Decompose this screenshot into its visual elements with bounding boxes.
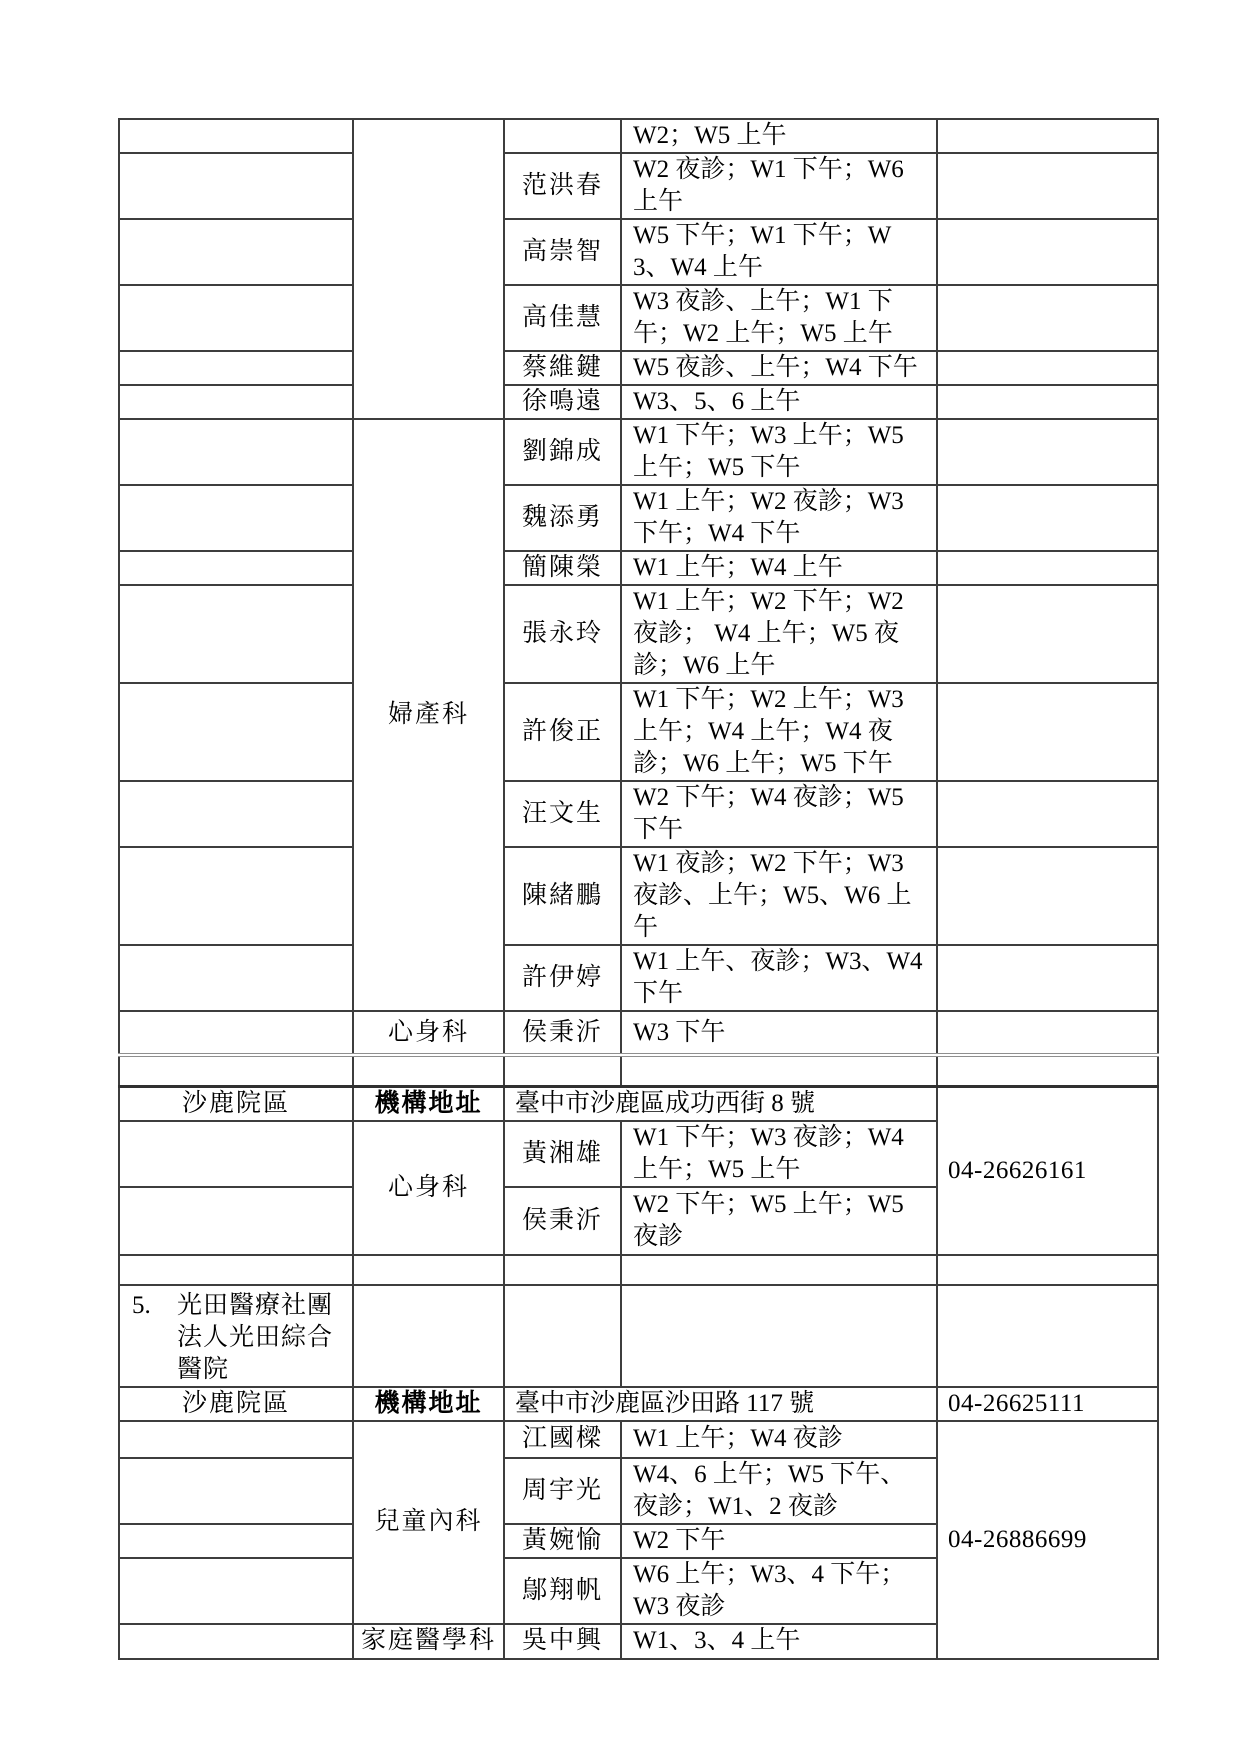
empty-cell (621, 1255, 937, 1285)
empty-cell (119, 419, 353, 485)
department-cell (353, 119, 504, 419)
table-row: 簡陳榮 W1 上午；W4 上午 (119, 551, 1158, 585)
phone-cell (937, 945, 1158, 1011)
schedule-cell: W3 夜診、上午；W1 下午；W2 上午；W5 上午 (621, 285, 937, 351)
empty-cell (504, 1285, 621, 1387)
phone-cell (937, 351, 1158, 385)
empty-cell (119, 153, 353, 219)
doctor-name-cell: 侯秉沂 (504, 1187, 621, 1255)
separator-row (119, 1255, 1158, 1285)
doctor-name-cell: 黃湘雄 (504, 1121, 621, 1187)
schedule-cell: W2 下午 (621, 1524, 937, 1558)
table-row: 徐鳴遠 W3、5、6 上午 (119, 385, 1158, 419)
department-cell: 家庭醫學科 (353, 1624, 504, 1659)
empty-cell (353, 1285, 504, 1387)
schedule-cell: W1 上午、夜診；W3、W4 下午 (621, 945, 937, 1011)
empty-cell (119, 945, 353, 1011)
table-row: 許伊婷 W1 上午、夜診；W3、W4 下午 (119, 945, 1158, 1011)
empty-cell (937, 1255, 1158, 1285)
empty-cell (504, 1055, 621, 1086)
doctor-name-cell: 劉錦成 (504, 419, 621, 485)
doctor-name-cell: 魏添勇 (504, 485, 621, 551)
table-row: 心身科 侯秉沂 W3 下午 (119, 1011, 1158, 1055)
empty-cell (119, 1011, 353, 1055)
document-page: W2；W5 上午 范洪春 W2 夜診；W1 下午；W6 上午 高崇智 W5 下午… (0, 0, 1241, 1755)
phone-cell (937, 385, 1158, 419)
schedule-cell: W3、5、6 上午 (621, 385, 937, 419)
empty-cell (119, 219, 353, 285)
phone-cell (937, 153, 1158, 219)
hospital-name-cell: 5. 光田醫療社團法人光田綜合醫院 (119, 1285, 353, 1387)
schedule-cell: W1 下午；W2 上午；W3 上午；W4 上午；W4 夜診；W6 上午；W5 下… (621, 683, 937, 781)
doctor-name-cell: 許伊婷 (504, 945, 621, 1011)
empty-cell (119, 1558, 353, 1624)
table-row: 兒童內科 江國樑 W1 上午；W4 夜診 04-26886699 (119, 1421, 1158, 1458)
empty-cell (119, 351, 353, 385)
doctor-name-cell: 許俊正 (504, 683, 621, 781)
empty-cell (353, 1255, 504, 1285)
table-row: 魏添勇 W1 上午；W2 夜診；W3 下午；W4 下午 (119, 485, 1158, 551)
doctor-name-cell: 張永玲 (504, 585, 621, 683)
doctor-name-cell: 江國樑 (504, 1421, 621, 1458)
schedule-cell: W5 夜診、上午；W4 下午 (621, 351, 937, 385)
doctor-name-cell: 鄔翔帆 (504, 1558, 621, 1624)
table-row: 汪文生 W2 下午；W4 夜診；W5 下午 (119, 781, 1158, 847)
phone-cell (937, 485, 1158, 551)
table-row: 婦產科 劉錦成 W1 下午；W3 上午；W5 上午；W5 下午 (119, 419, 1158, 485)
empty-cell (119, 485, 353, 551)
doctor-name-cell: 徐鳴遠 (504, 385, 621, 419)
hospital-name: 光田醫療社團法人光田綜合醫院 (177, 1290, 333, 1386)
schedule-cell: W1、3、4 上午 (621, 1624, 937, 1659)
empty-cell (621, 1285, 937, 1387)
schedule-cell: W2；W5 上午 (621, 119, 937, 153)
clinic-schedule-table: W2；W5 上午 范洪春 W2 夜診；W1 下午；W6 上午 高崇智 W5 下午… (118, 118, 1159, 1660)
doctor-name-cell (504, 119, 621, 153)
doctor-name-cell: 周宇光 (504, 1458, 621, 1524)
schedule-cell: W1 夜診；W2 下午；W3 夜診、上午；W5、W6 上午 (621, 847, 937, 945)
empty-cell (119, 285, 353, 351)
table-row: 范洪春 W2 夜診；W1 下午；W6 上午 (119, 153, 1158, 219)
phone-cell: 04-26625111 (937, 1387, 1158, 1421)
address-cell: 臺中市沙鹿區沙田路 117 號 (504, 1387, 937, 1421)
phone-cell (937, 551, 1158, 585)
empty-cell (119, 385, 353, 419)
doctor-name-cell: 黃婉愉 (504, 1524, 621, 1558)
campus-cell: 沙鹿院區 (119, 1387, 353, 1421)
department-cell: 兒童內科 (353, 1421, 504, 1624)
address-cell: 臺中市沙鹿區成功西街 8 號 (504, 1086, 937, 1121)
department-cell: 心身科 (353, 1011, 504, 1055)
doctor-name-cell: 高佳慧 (504, 285, 621, 351)
empty-cell (119, 1421, 353, 1458)
campus-cell: 沙鹿院區 (119, 1086, 353, 1121)
phone-cell (937, 419, 1158, 485)
empty-cell (119, 1458, 353, 1524)
empty-cell (504, 1255, 621, 1285)
doctor-name-cell: 侯秉沂 (504, 1011, 621, 1055)
table-row: 沙鹿院區 機構地址 臺中市沙鹿區成功西街 8 號 04-26626161 (119, 1086, 1158, 1121)
schedule-cell: W2 夜診；W1 下午；W6 上午 (621, 153, 937, 219)
phone-cell (937, 847, 1158, 945)
empty-cell (119, 1524, 353, 1558)
schedule-cell: W1 上午；W4 夜診 (621, 1421, 937, 1458)
table-row: 沙鹿院區 機構地址 臺中市沙鹿區沙田路 117 號 04-26625111 (119, 1387, 1158, 1421)
phone-cell (937, 781, 1158, 847)
schedule-cell: W2 下午；W4 夜診；W5 下午 (621, 781, 937, 847)
table-row: 許俊正 W1 下午；W2 上午；W3 上午；W4 上午；W4 夜診；W6 上午；… (119, 683, 1158, 781)
table-row: 蔡維鍵 W5 夜診、上午；W4 下午 (119, 351, 1158, 385)
doctor-name-cell: 簡陳榮 (504, 551, 621, 585)
empty-cell (119, 119, 353, 153)
address-label: 機構地址 (353, 1387, 504, 1421)
schedule-cell: W4、6 上午；W5 下午、夜診；W1、2 夜診 (621, 1458, 937, 1524)
schedule-cell: W5 下午；W1 下午；W3、W4 上午 (621, 219, 937, 285)
empty-cell (119, 585, 353, 683)
phone-cell (937, 585, 1158, 683)
empty-cell (119, 1255, 353, 1285)
table-row: 張永玲 W1 上午；W2 下午；W2 夜診； W4 上午；W5 夜診；W6 上午 (119, 585, 1158, 683)
doctor-name-cell: 蔡維鍵 (504, 351, 621, 385)
department-cell: 婦產科 (353, 419, 504, 1011)
empty-cell (937, 1055, 1158, 1086)
doctor-name-cell: 陳緒鵬 (504, 847, 621, 945)
schedule-cell: W6 上午；W3、4 下午；W3 夜診 (621, 1558, 937, 1624)
empty-cell (353, 1055, 504, 1086)
empty-cell (119, 847, 353, 945)
separator-row (119, 1055, 1158, 1086)
phone-cell: 04-26886699 (937, 1421, 1158, 1659)
phone-cell (937, 119, 1158, 153)
empty-cell (119, 781, 353, 847)
table-row: 高佳慧 W3 夜診、上午；W1 下午；W2 上午；W5 上午 (119, 285, 1158, 351)
schedule-cell: W1 上午；W2 下午；W2 夜診； W4 上午；W5 夜診；W6 上午 (621, 585, 937, 683)
hospital-number: 5. (132, 1290, 177, 1386)
doctor-name-cell: 汪文生 (504, 781, 621, 847)
table-row: 陳緒鵬 W1 夜診；W2 下午；W3 夜診、上午；W5、W6 上午 (119, 847, 1158, 945)
empty-cell (119, 683, 353, 781)
schedule-cell: W1 上午；W2 夜診；W3 下午；W4 下午 (621, 485, 937, 551)
schedule-cell: W3 下午 (621, 1011, 937, 1055)
doctor-name-cell: 高崇智 (504, 219, 621, 285)
empty-cell (119, 551, 353, 585)
schedule-cell: W1 下午；W3 夜診；W4 上午；W5 上午 (621, 1121, 937, 1187)
table-row: 高崇智 W5 下午；W1 下午；W3、W4 上午 (119, 219, 1158, 285)
empty-cell (119, 1624, 353, 1659)
schedule-cell: W2 下午；W5 上午；W5 夜診 (621, 1187, 937, 1255)
schedule-cell: W1 下午；W3 上午；W5 上午；W5 下午 (621, 419, 937, 485)
phone-cell (937, 1011, 1158, 1055)
table-row: W2；W5 上午 (119, 119, 1158, 153)
empty-cell (621, 1055, 937, 1086)
empty-cell (119, 1187, 353, 1255)
empty-cell (119, 1121, 353, 1187)
empty-cell (119, 1055, 353, 1086)
hospital-header-row: 5. 光田醫療社團法人光田綜合醫院 (119, 1285, 1158, 1387)
phone-cell: 04-26626161 (937, 1086, 1158, 1255)
schedule-cell: W1 上午；W4 上午 (621, 551, 937, 585)
doctor-name-cell: 吳中興 (504, 1624, 621, 1659)
address-label: 機構地址 (353, 1086, 504, 1121)
phone-cell (937, 683, 1158, 781)
department-cell: 心身科 (353, 1121, 504, 1255)
phone-cell (937, 219, 1158, 285)
doctor-name-cell: 范洪春 (504, 153, 621, 219)
empty-cell (937, 1285, 1158, 1387)
phone-cell (937, 285, 1158, 351)
